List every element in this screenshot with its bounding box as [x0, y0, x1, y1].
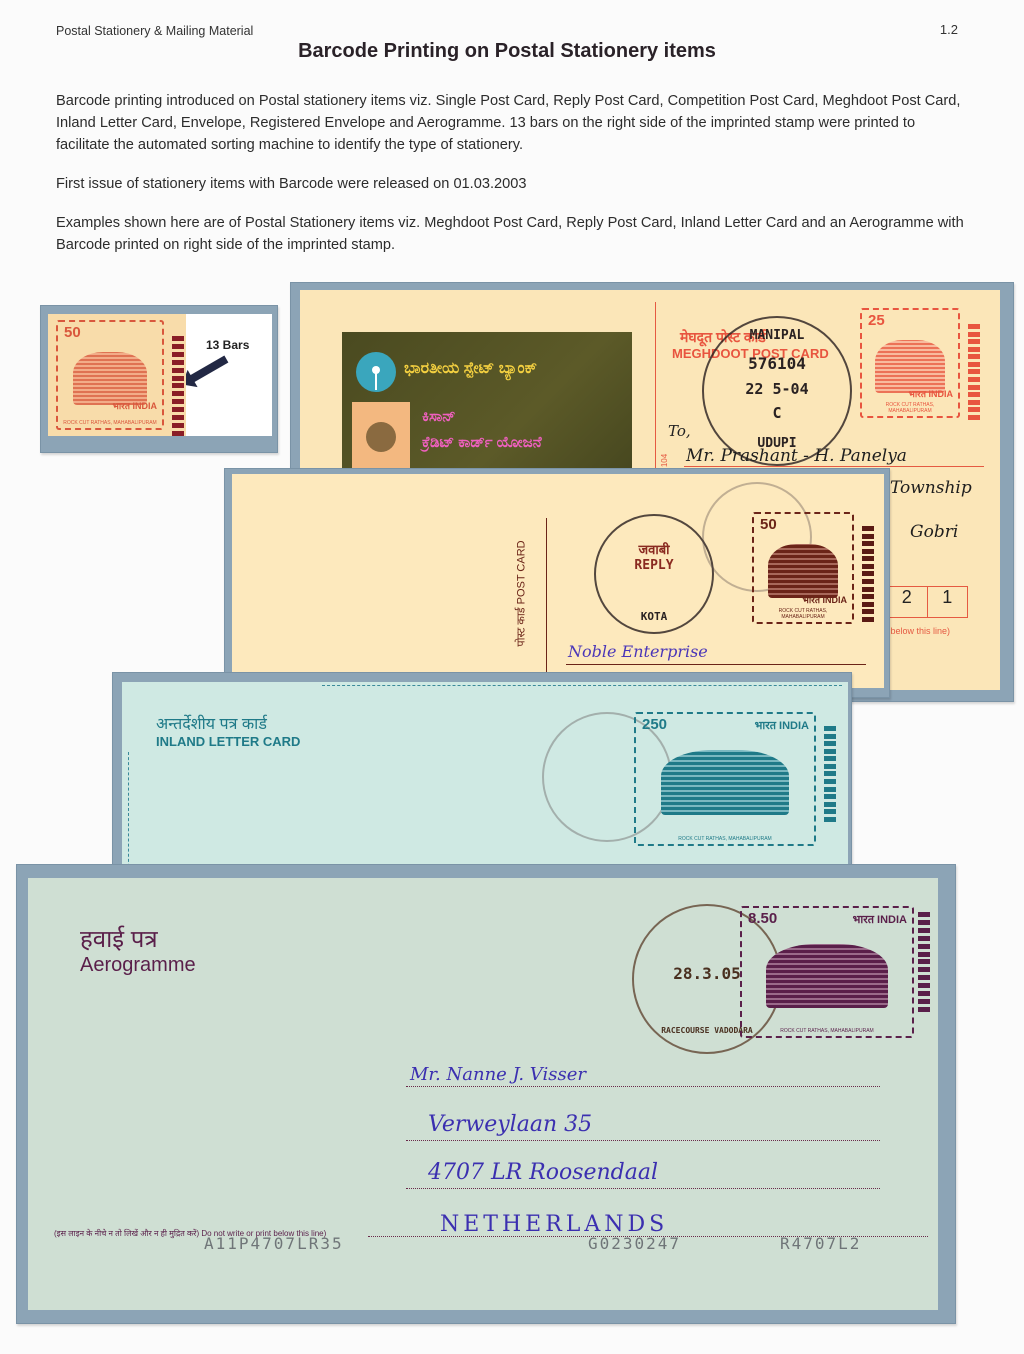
detail-stamp: 50 भारत INDIA ROCK CUT RATHAS, MAHABALIP… [56, 320, 164, 430]
postmark-kota: जवाबी REPLY KOTA [594, 514, 714, 634]
temple-illustration [768, 544, 839, 598]
divider-line [546, 518, 547, 688]
barcode-bar [968, 369, 980, 374]
barcode-bar [172, 344, 184, 349]
barcode-bar [918, 952, 930, 957]
barcode-bar [862, 617, 874, 622]
address-line-1: Noble Enterprise [568, 642, 708, 661]
barcode-bar [918, 959, 930, 964]
barcode-bar [918, 920, 930, 925]
temple-illustration [875, 340, 944, 393]
barcode-bar [824, 764, 836, 769]
barcode-bar [918, 936, 930, 941]
address-line-3: Gobri [910, 522, 958, 542]
barcode-bar [824, 771, 836, 776]
barcode-bar [824, 726, 836, 731]
address-line-2: Township [890, 478, 972, 498]
barcode-bar [968, 385, 980, 390]
to-label: To, [668, 422, 691, 440]
barcode-bar [968, 415, 980, 420]
barcode-bar [918, 983, 930, 988]
barcode-bar [824, 749, 836, 754]
address-line-2: Verweylaan 35 [428, 1112, 592, 1137]
barcode-bar [968, 354, 980, 359]
reply-post-card: पोस्ट कार्ड POST CARD जवाबी REPLY KOTA 5… [232, 474, 884, 688]
barcode-bar [824, 734, 836, 739]
intro-paragraph-2: First issue of stationery items with Bar… [56, 173, 966, 195]
barcode-bar [172, 399, 184, 404]
inland-letter-card: अन्तर्देशीय पत्र कार्ड INLAND LETTER CAR… [122, 682, 848, 872]
barcode-bar [918, 912, 930, 917]
barcode-bar [824, 779, 836, 784]
address-line-3: 4707 LR Roosendaal [428, 1160, 658, 1185]
inland-stamp: 250 भारत INDIA ROCK CUT RATHAS, MAHABALI… [634, 712, 816, 846]
stamp-value: 250 [642, 716, 667, 733]
barcode-bars [172, 336, 184, 436]
ad-line-3: ಕ್ರೆಡಿಟ್ ಕಾರ್ಡ್ ಯೋಜನೆ [422, 434, 542, 451]
stamp-value: 50 [760, 516, 777, 533]
barcode-bar [968, 347, 980, 352]
barcode-bar [172, 352, 184, 357]
aerogramme: हवाई पत्र Aerogramme 28.3.05 RACECOURSE … [28, 878, 938, 1310]
barcode-bar [824, 802, 836, 807]
barcode-bar [172, 360, 184, 365]
barcode-bar [918, 1007, 930, 1012]
intro-text: Barcode printing introduced on Postal st… [56, 90, 966, 273]
stamp-country: भारत INDIA [803, 593, 847, 606]
card-hindi-label: अन्तर्देशीय पत्र कार्ड [156, 712, 267, 734]
barcode-bar [918, 944, 930, 949]
barcode-bar [862, 534, 874, 539]
barcode-bar [968, 377, 980, 382]
barcode-bar [862, 564, 874, 569]
temple-illustration [766, 944, 888, 1008]
detail-stamp-crop: 50 भारत INDIA ROCK CUT RATHAS, MAHABALIP… [48, 314, 208, 436]
page-title: Barcode Printing on Postal Stationery it… [0, 40, 1014, 63]
machine-code-1: A11P4707LR35 [204, 1234, 344, 1253]
barcode-bar [862, 609, 874, 614]
barcode-bars [862, 526, 874, 622]
stamp-country: भारत INDIA [909, 387, 953, 400]
barcode-bar [862, 602, 874, 607]
barcode-bar [968, 324, 980, 329]
barcode-bar [918, 999, 930, 1004]
card-hindi-label: हवाई पत्र [80, 922, 158, 955]
barcode-bar [918, 967, 930, 972]
barcode-bar [172, 407, 184, 412]
machine-code-2: G0230247 [588, 1234, 681, 1253]
barcode-bar [862, 579, 874, 584]
barcode-bars [824, 726, 836, 822]
barcode-bar [862, 549, 874, 554]
barcode-bar [968, 332, 980, 337]
address-rule [684, 466, 984, 467]
address-rule [566, 664, 866, 665]
pin-boxes: 2 1 [886, 586, 968, 618]
meghdoot-stamp: 25 भारत INDIA ROCK CUT RATHAS, MAHABALIP… [860, 308, 960, 418]
perforation-top [322, 685, 842, 686]
callout-panel: 13 Bars [186, 314, 272, 436]
barcode-bar [172, 415, 184, 420]
postmark-manipal: MANIPAL 576104 22 5-04 C UDUPI [702, 316, 852, 466]
stamp-value: 50 [64, 324, 81, 341]
stamp-caption: ROCK CUT RATHAS, MAHABALIPURAM [745, 1028, 909, 1034]
ad-title: ಭಾರತೀಯ ಸ್ಟೇಟ್ ಬ್ಯಾಂಕ್ [404, 360, 537, 378]
barcode-bar [172, 431, 184, 436]
barcode-bar [918, 928, 930, 933]
barcode-bar [824, 794, 836, 799]
card-label: Aerogramme [80, 954, 196, 977]
barcode-bar [968, 362, 980, 367]
stamp-value: 25 [868, 312, 885, 329]
barcode-bar [968, 339, 980, 344]
ad-thumbnail [352, 402, 410, 472]
barcode-bar [862, 541, 874, 546]
barcode-bar [918, 991, 930, 996]
page-number: 1.2 [940, 22, 958, 37]
machine-code-3: R4707L2 [780, 1234, 861, 1253]
barcode-bar [824, 809, 836, 814]
stamp-country: भारत INDIA [755, 718, 809, 733]
stamp-caption: ROCK CUT RATHAS, MAHABALIPURAM [865, 402, 955, 414]
arrow-icon [188, 356, 228, 384]
side-code: 104 [660, 454, 669, 467]
stamp-country: भारत INDIA [853, 912, 907, 927]
barcode-bar [824, 817, 836, 822]
barcode-bar [968, 400, 980, 405]
address-rule [406, 1188, 880, 1189]
barcode-bar [968, 392, 980, 397]
barcode-bar [862, 571, 874, 576]
barcode-bar [172, 376, 184, 381]
card-label: INLAND LETTER CARD [156, 734, 300, 749]
intro-paragraph-1: Barcode printing introduced on Postal st… [56, 90, 966, 156]
barcode-bar [824, 787, 836, 792]
barcode-bars [918, 912, 930, 1012]
intro-paragraph-3: Examples shown here are of Postal Statio… [56, 212, 966, 256]
barcode-bar [918, 975, 930, 980]
side-label: पोस्ट कार्ड POST CARD [514, 540, 529, 646]
temple-illustration [661, 750, 789, 815]
ad-line-2: ಕಿಸಾನ್ [422, 408, 455, 425]
barcode-bars [968, 324, 980, 420]
barcode-bar [824, 756, 836, 761]
barcode-bar [862, 594, 874, 599]
temple-illustration [73, 352, 148, 405]
callout-label: 13 Bars [206, 338, 249, 352]
barcode-bar [172, 423, 184, 428]
stamp-caption: ROCK CUT RATHAS, MAHABALIPURAM [757, 608, 849, 620]
address-rule [406, 1140, 880, 1141]
address-rule [406, 1086, 880, 1087]
barcode-bar [172, 368, 184, 373]
aerogramme-stamp: 8.50 भारत INDIA ROCK CUT RATHAS, MAHABAL… [740, 906, 914, 1038]
section-header: Postal Stationery & Mailing Material [56, 24, 253, 38]
barcode-bar [862, 556, 874, 561]
address-line-1: Mr. Nanne J. Visser [410, 1064, 586, 1085]
barcode-bar [172, 391, 184, 396]
stamp-value: 8.50 [748, 910, 777, 927]
address-line-1: Mr. Prashant - H. Panelya [686, 446, 907, 466]
barcode-bar [862, 587, 874, 592]
barcode-bar [968, 407, 980, 412]
reply-stamp: 50 भारत INDIA ROCK CUT RATHAS, MAHABALIP… [752, 512, 854, 624]
barcode-bar [824, 741, 836, 746]
barcode-bar [862, 526, 874, 531]
stamp-caption: ROCK CUT RATHAS, MAHABALIPURAM [639, 836, 811, 842]
stamp-country: भारत INDIA [113, 399, 157, 412]
perforation-line [128, 752, 129, 872]
barcode-bar [172, 383, 184, 388]
sbi-logo-icon [356, 352, 396, 392]
stamp-caption: ROCK CUT RATHAS, MAHABALIPURAM [61, 420, 159, 426]
barcode-bar [172, 336, 184, 341]
